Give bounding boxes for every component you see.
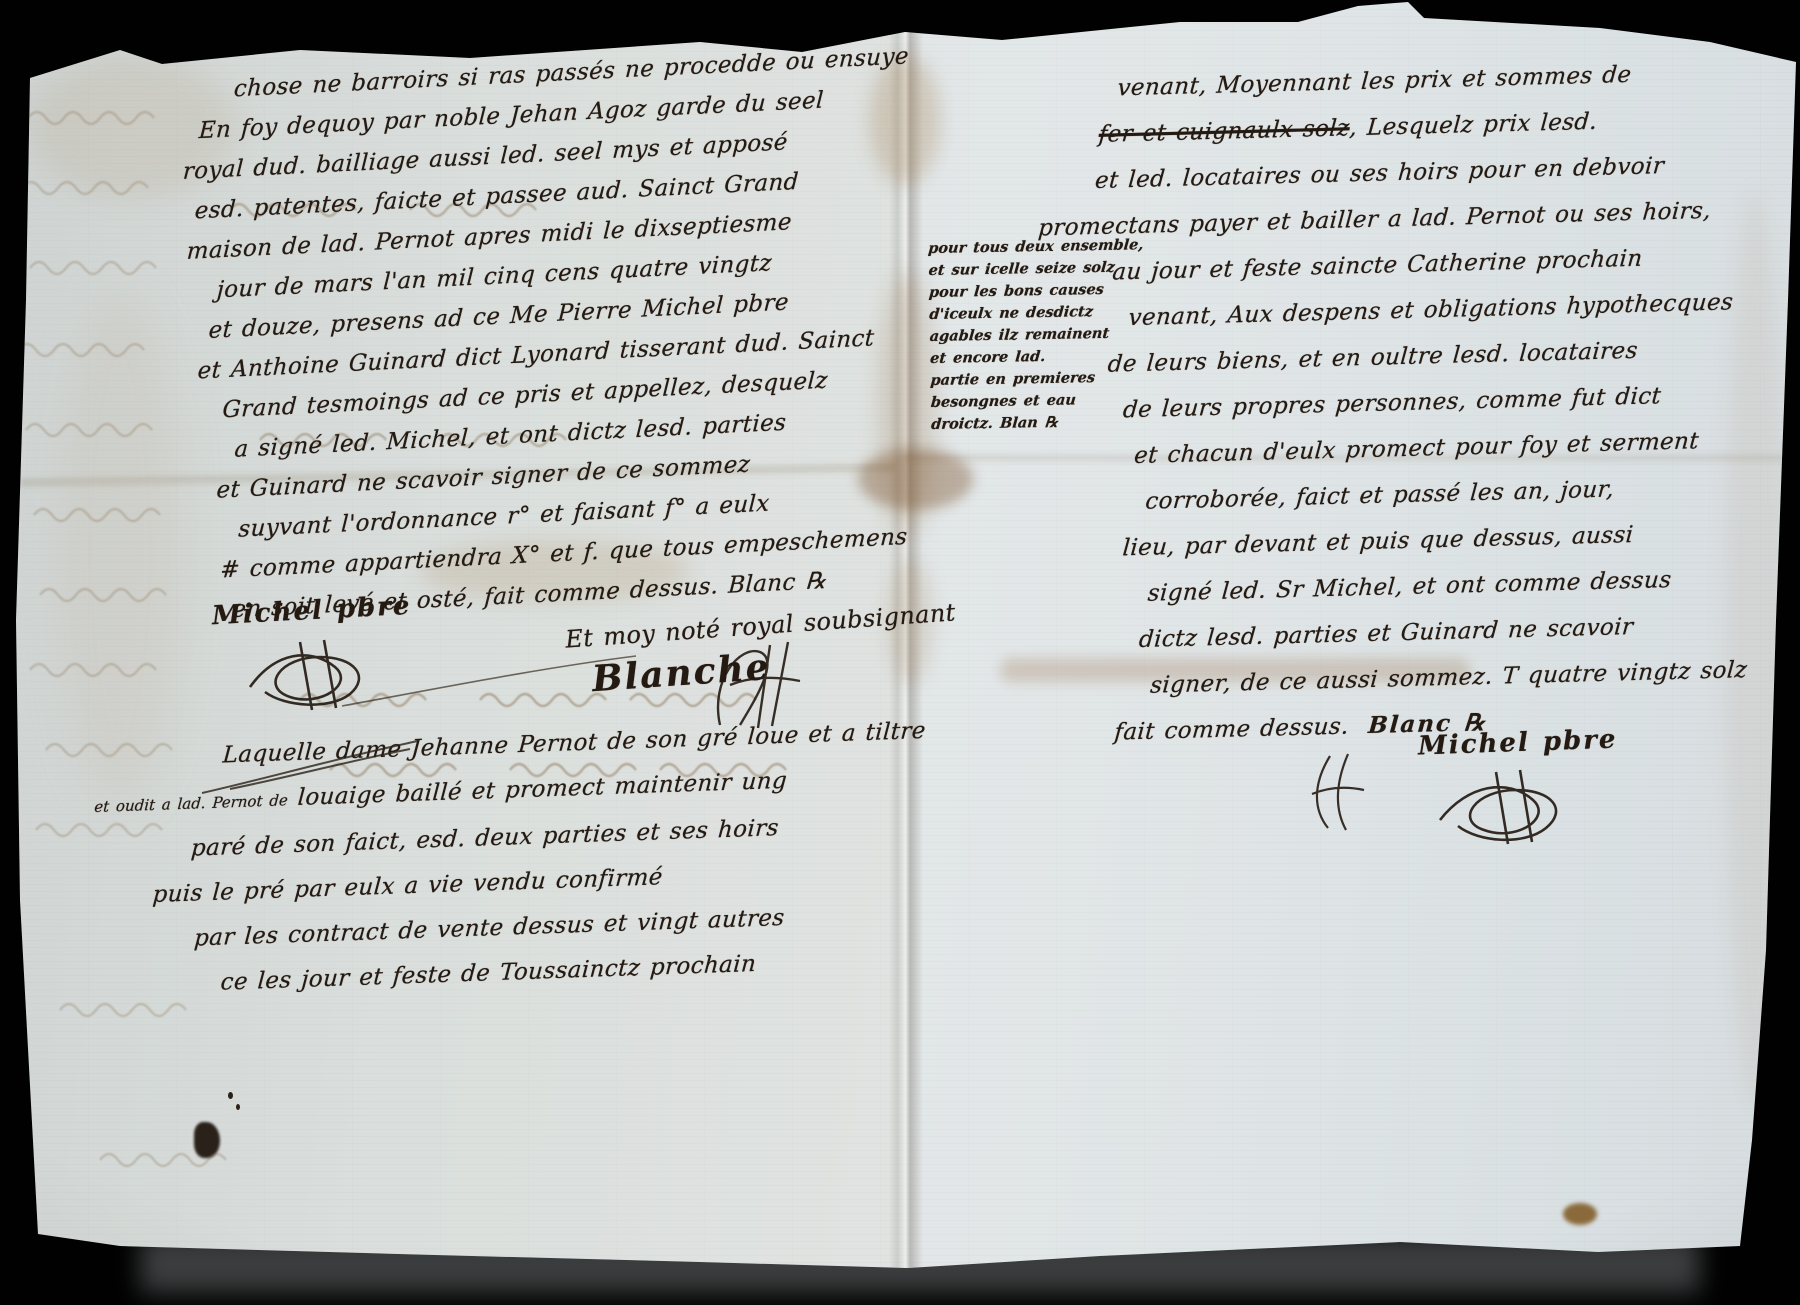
- ink-dot: [236, 1104, 240, 1110]
- bleed-through-text: [40, 585, 210, 605]
- stain: [880, 270, 935, 540]
- manuscript-line: fait comme dessus. Blanc ℞: [1108, 693, 1751, 756]
- manuscript-line: jour de mars l'an mil cinq cens quatre v…: [188, 236, 920, 312]
- margin-note-line: partie en premieres: [930, 366, 1147, 392]
- horizontal-crease-left: [20, 460, 895, 489]
- margin-note-line: et sur icelle seize solz: [928, 256, 1145, 282]
- bleed-through-text: [300, 690, 780, 710]
- manuscript-line: dictz lesd. parties et Guinard ne scavoi…: [1105, 601, 1748, 664]
- stain: [858, 448, 973, 510]
- stain: [1000, 658, 1470, 682]
- manuscript-line: esd. patentes, faicte et passee aud. Sai…: [184, 156, 916, 232]
- stain: [420, 540, 690, 602]
- manuscript-line-continued: louaige baillé et promect maintenir ung: [297, 768, 788, 811]
- margin-note-line: pour les bons causes: [928, 278, 1145, 304]
- manuscript-line: par les contract de vente dessus et ving…: [98, 891, 934, 965]
- bleed-through-text: [36, 820, 236, 840]
- manuscript-line: venant, Moyennant les prix et sommes de: [1091, 49, 1734, 112]
- manuscript-line: corroborée, faict et passé les an, jour,: [1102, 463, 1745, 526]
- bleed-through-text: [18, 340, 168, 360]
- manuscript-line: maison de lad. Pernot apres midi le dixs…: [186, 196, 918, 272]
- manuscript-line: Laquelle dame Jehanne Pernot de son gré …: [91, 709, 927, 783]
- manuscript-line: lieu, par devant et puis que dessus, aus…: [1103, 509, 1746, 572]
- ink-blot: [194, 1122, 220, 1158]
- manuscript-line: de leurs biens, et en oultre lesd. locat…: [1098, 325, 1741, 388]
- manuscript-line: chose ne barroirs si ras passés ne proce…: [178, 36, 910, 112]
- brown-spot: [1563, 1203, 1597, 1225]
- signature-michel-right: Michel pbre: [1418, 725, 1618, 762]
- right-page-margin-note: pour tous deux ensemble, et sur icelle s…: [928, 234, 1147, 436]
- manuscript-line: et led. locataires ou ses hoirs pour en …: [1093, 141, 1736, 204]
- right-page-paragraph: venant, Moyennant les prix et sommes de …: [1092, 49, 1749, 755]
- manuscript-line: et Anthoine Guinard dict Lyonard tissera…: [192, 316, 924, 392]
- left-page: [0, 0, 905, 1305]
- bleed-through-text: [60, 1000, 240, 1020]
- bleed-through-text: [46, 740, 266, 760]
- signature-paraph-michel-left: [240, 632, 390, 712]
- bleed-through-text: [28, 108, 178, 128]
- right-page: [905, 0, 1800, 1305]
- ink-dot: [228, 1092, 233, 1099]
- signature-blanche-left: Blanche: [591, 646, 772, 700]
- manuscript-line: et douze, presens ad ce Me Pierre Michel…: [190, 276, 922, 352]
- bleed-through-text: [34, 505, 184, 525]
- bleed-through-text: [30, 258, 180, 278]
- stain: [888, 555, 932, 685]
- margin-note-line: besongnes et eau: [930, 388, 1147, 414]
- left-page-paragraph-1: chose ne barroirs si ras passés ne proce…: [178, 36, 935, 631]
- manuscript-line: et chacun d'eulx promect pour foy et ser…: [1100, 417, 1743, 480]
- margin-note-left: et oudit a lad. Pernot de: [94, 791, 289, 816]
- bleed-through-text: [30, 660, 220, 680]
- closing-text: fait comme dessus.: [1113, 713, 1349, 745]
- manuscript-line: fer et cuignaulx solz, Lesquelz prix les…: [1092, 95, 1735, 158]
- manuscript-line: # comme appartiendra X° et f. que tous e…: [201, 516, 933, 592]
- margin-note-line: agables ilz remainent: [929, 322, 1146, 348]
- stain: [870, 55, 940, 185]
- bleed-through-text: [230, 200, 650, 220]
- manuscript-line: et oudit a lad. Pernot de louaige baillé…: [93, 754, 929, 830]
- bleed-through-text: [26, 420, 176, 440]
- manuscript-line: Grand tesmoings ad ce pris et appellez, …: [193, 356, 925, 432]
- manuscript-line: ce les jour et feste de Toussainctz proc…: [99, 936, 935, 1010]
- manuscript-line: venant, Aux despens et obligations hypot…: [1097, 279, 1740, 342]
- manuscript-line: royal dud. bailliage aussi led. seel mys…: [182, 116, 914, 192]
- manuscript-line: puis le pré par eulx a vie vendu confirm…: [96, 846, 932, 920]
- manuscript-line: de leurs propres personnes, comme fut di…: [1099, 371, 1742, 434]
- bleed-through-text: [100, 1150, 260, 1170]
- manuscript-photo: chose ne barroirs si ras passés ne proce…: [0, 0, 1800, 1305]
- signature-michel-left: Michel pbre: [211, 591, 412, 631]
- countersign-blanc: Blanc ℞: [1367, 709, 1488, 739]
- manuscript-line: a signé led. Michel, et ont dictz lesd. …: [195, 396, 927, 472]
- notary-attestation-line: Et moy noté royal soubsignant: [564, 598, 956, 653]
- margin-note-line: droictz. Blan ℞: [930, 410, 1147, 436]
- left-page-paragraph-2: Laquelle dame Jehanne Pernot de son gré …: [92, 709, 934, 1010]
- stain: [55, 290, 185, 810]
- bleed-through-text: [330, 760, 810, 780]
- paper-bifolium: chose ne barroirs si ras passés ne proce…: [0, 0, 1800, 1305]
- manuscript-line: et Guinard ne scavoir signer de ce somme…: [197, 436, 929, 512]
- struck-through-words: fer et cuignaulx solz: [1098, 115, 1351, 148]
- margin-note-line: pour tous deux ensemble,: [927, 234, 1144, 260]
- margin-note-line: d'iceulx ne desdictz: [928, 300, 1145, 326]
- countersign-paraph-right: [1300, 752, 1370, 832]
- bleed-through-text: [22, 178, 172, 198]
- horizontal-crease-right: [905, 452, 1785, 464]
- signature-paraph-michel-right: [1428, 762, 1588, 847]
- manuscript-line: en soit levé et osté, fait comme dessus.…: [203, 556, 935, 632]
- manuscript-line: suyvant l'ordonnance r° et faisant f° a …: [199, 476, 931, 552]
- paragraph-opening-flourish: [200, 735, 420, 795]
- manuscript-line: au jour et feste saincte Catherine proch…: [1096, 233, 1739, 296]
- bleed-through-text: [260, 430, 680, 450]
- manuscript-line-continued: , Lesquelz prix lesd.: [1349, 109, 1599, 142]
- manuscript-line: promectans payer et bailler a lad. Perno…: [1036, 187, 1737, 251]
- manuscript-line: signer, de ce aussi sommez. T quatre vin…: [1106, 647, 1749, 710]
- stain: [1725, 190, 1785, 1110]
- manuscript-line: signé led. Sr Michel, et ont comme dessu…: [1104, 555, 1747, 618]
- signature-paraph-blanche-left: [700, 640, 810, 730]
- notary-flourish-stroke: [340, 650, 640, 710]
- manuscript-line: En foy dequoy par noble Jehan Agoz garde…: [180, 76, 912, 152]
- manuscript-line: paré de son faict, esd. deux parties et …: [94, 801, 930, 875]
- stain: [28, 55, 238, 200]
- margin-note-line: et encore lad.: [929, 344, 1146, 370]
- center-fold-crease: [889, 0, 923, 1305]
